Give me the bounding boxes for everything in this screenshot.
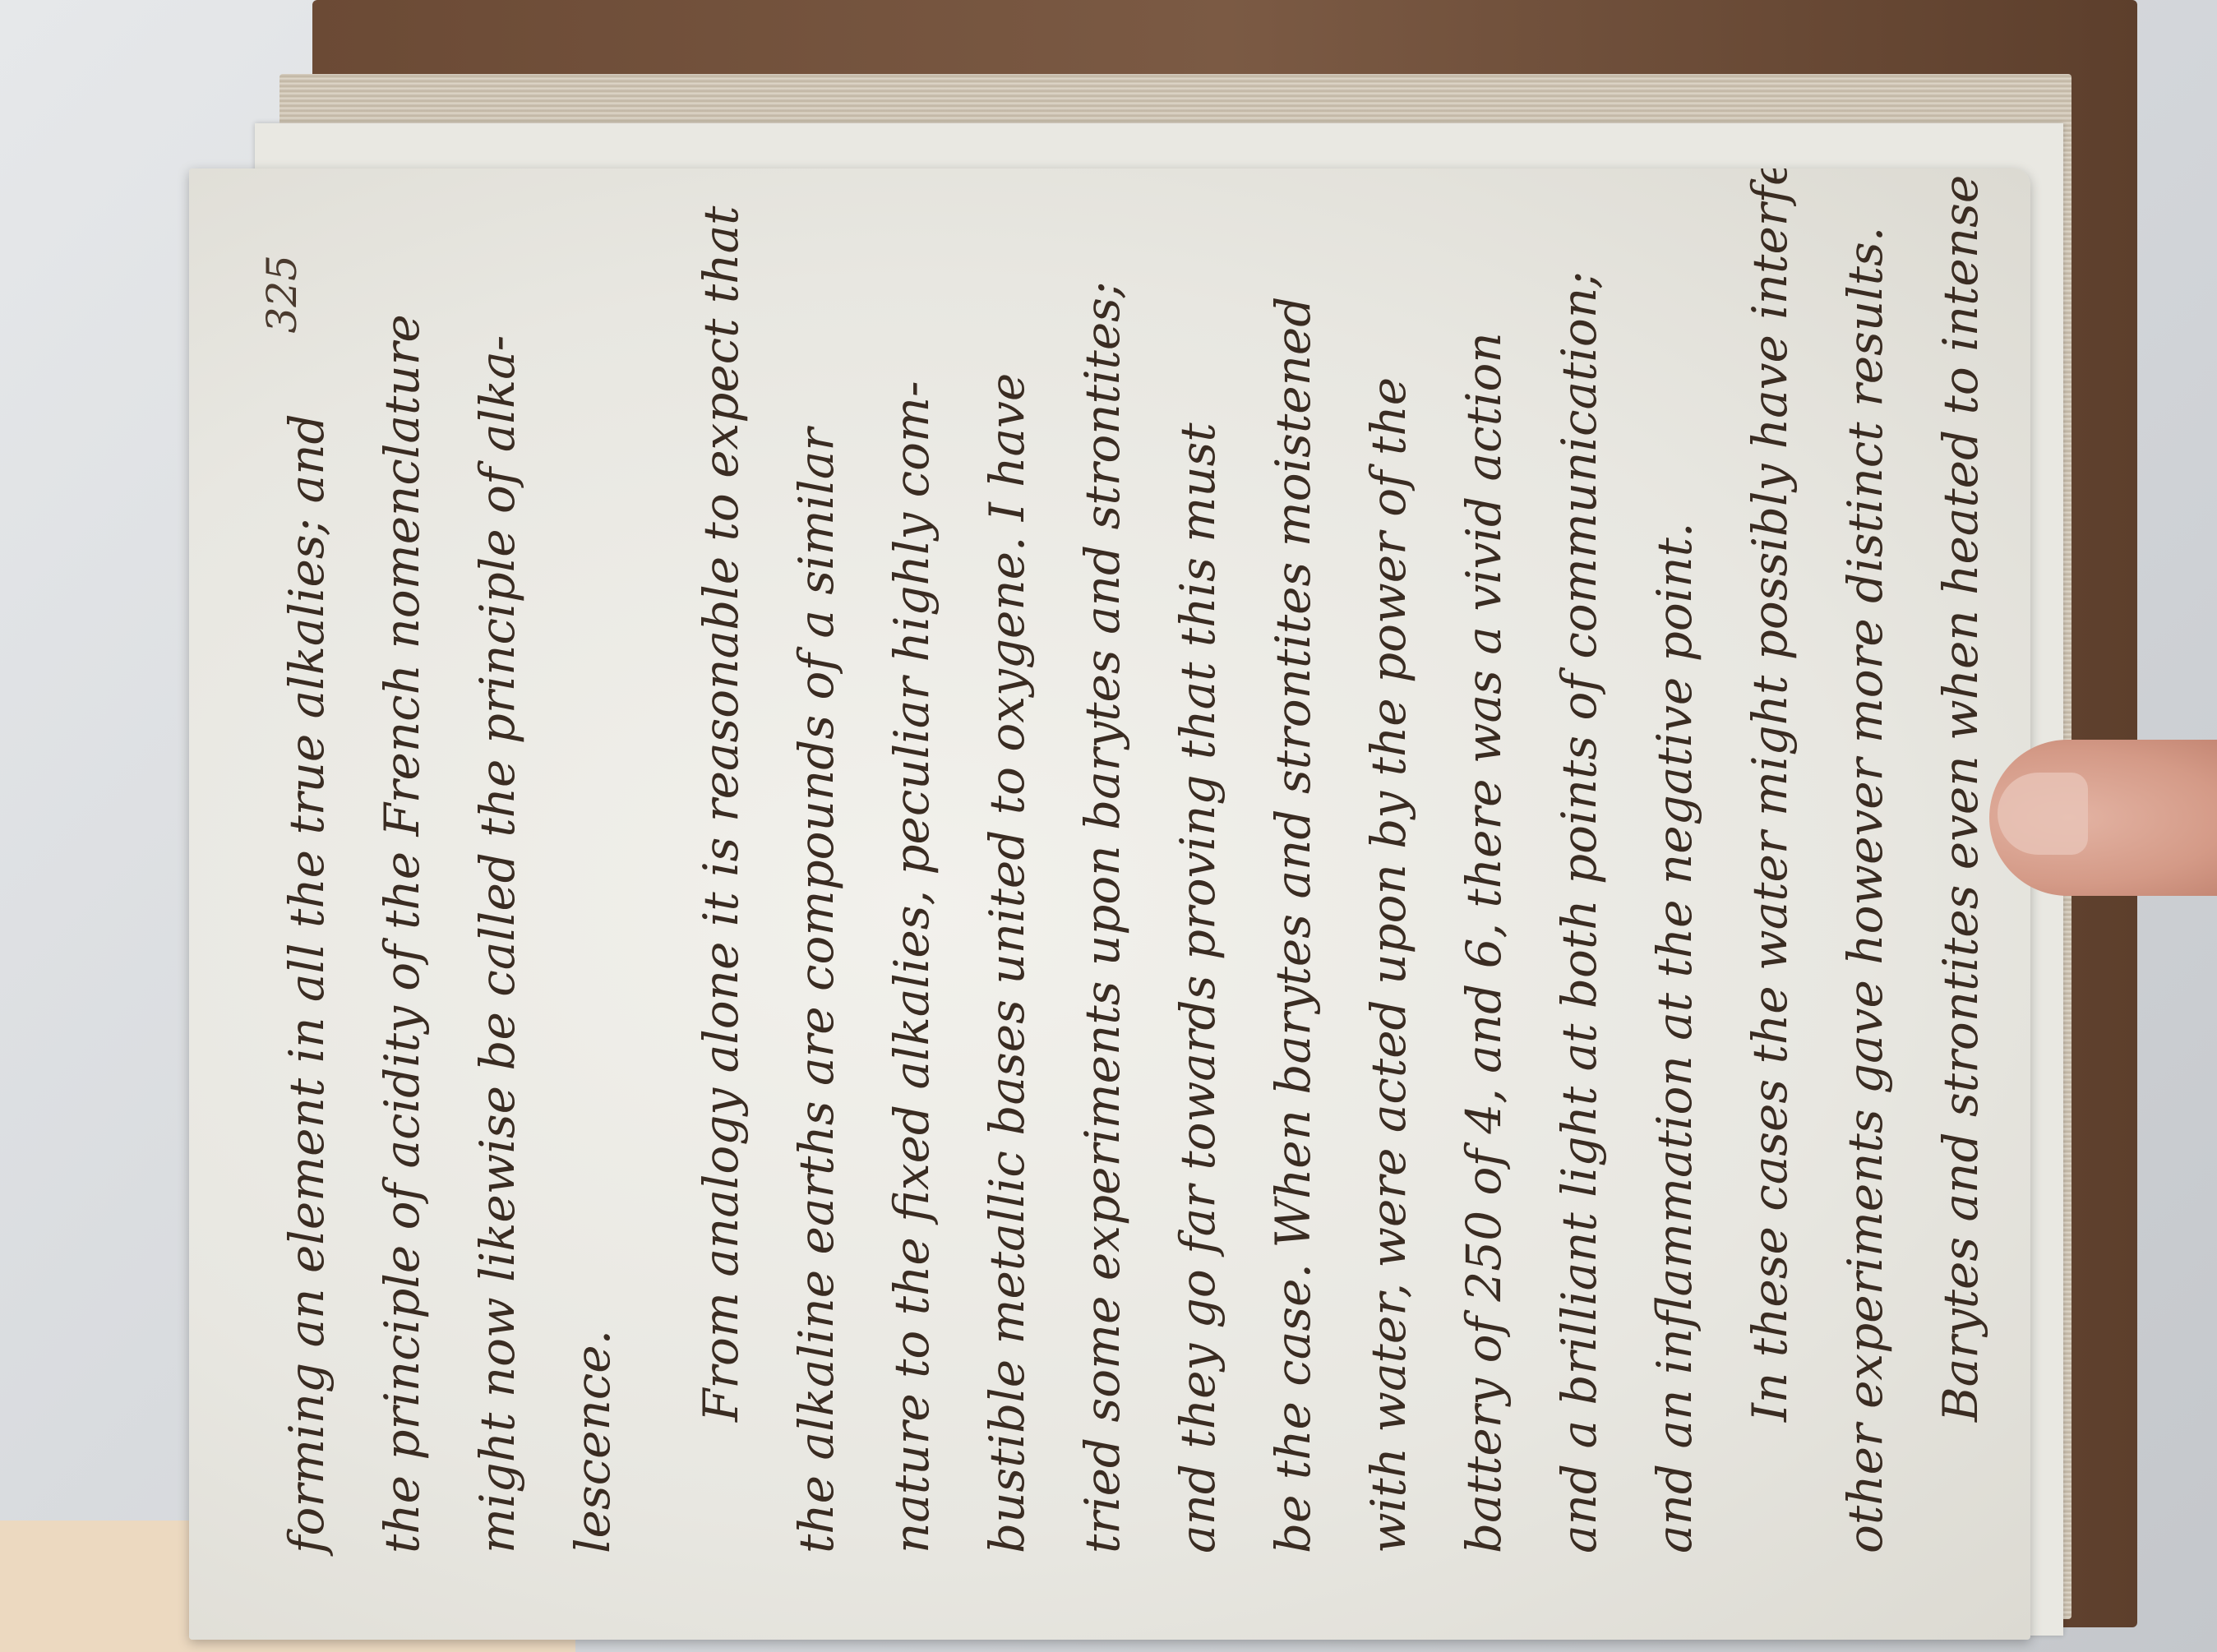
text-line: Barytes and strontites even when heated … (1913, 255, 2008, 1553)
text-line: and an inflammation at the negative poin… (1627, 255, 1722, 1553)
text-line: lescence. (545, 255, 640, 1553)
text-line: and they go far towards proving that thi… (1150, 255, 1245, 1553)
text-line: From analogy alone it is reasonable to e… (673, 255, 769, 1553)
text-line: might now likewise be called the princip… (450, 255, 545, 1553)
text-line: tried some experiments upon barytes and … (1055, 255, 1150, 1553)
text-line: battery of 250 of 4, and 6, there was a … (1436, 255, 1531, 1553)
text-line: forming an element in all the true alkal… (259, 255, 354, 1553)
thumbnail (1998, 773, 2088, 855)
text-line: bustible metallic bases united to oxygen… (959, 255, 1055, 1553)
manuscript-page: 325 forming an element in all the true a… (189, 168, 2030, 1640)
text-line: with water, were acted upon by the power… (1341, 255, 1436, 1553)
text-line: be the case. When barytes and strontites… (1245, 255, 1341, 1553)
text-line: the principle of acidity of the French n… (354, 255, 450, 1553)
text-line: other experiments gave however more dist… (1817, 255, 1913, 1553)
page-number: 325 (234, 255, 330, 333)
photo-scene: 325 forming an element in all the true a… (0, 0, 2217, 1652)
handwritten-text-block: 325 forming an element in all the true a… (226, 205, 1993, 1603)
text-line: the alkaline earths are compounds of a s… (769, 255, 864, 1553)
text-line: and a brilliant light at both points of … (1531, 255, 1627, 1553)
text-line: In these cases the water might possibly … (1722, 255, 1817, 1553)
text-line: nature to the fixed alkalies, peculiar h… (864, 255, 959, 1553)
